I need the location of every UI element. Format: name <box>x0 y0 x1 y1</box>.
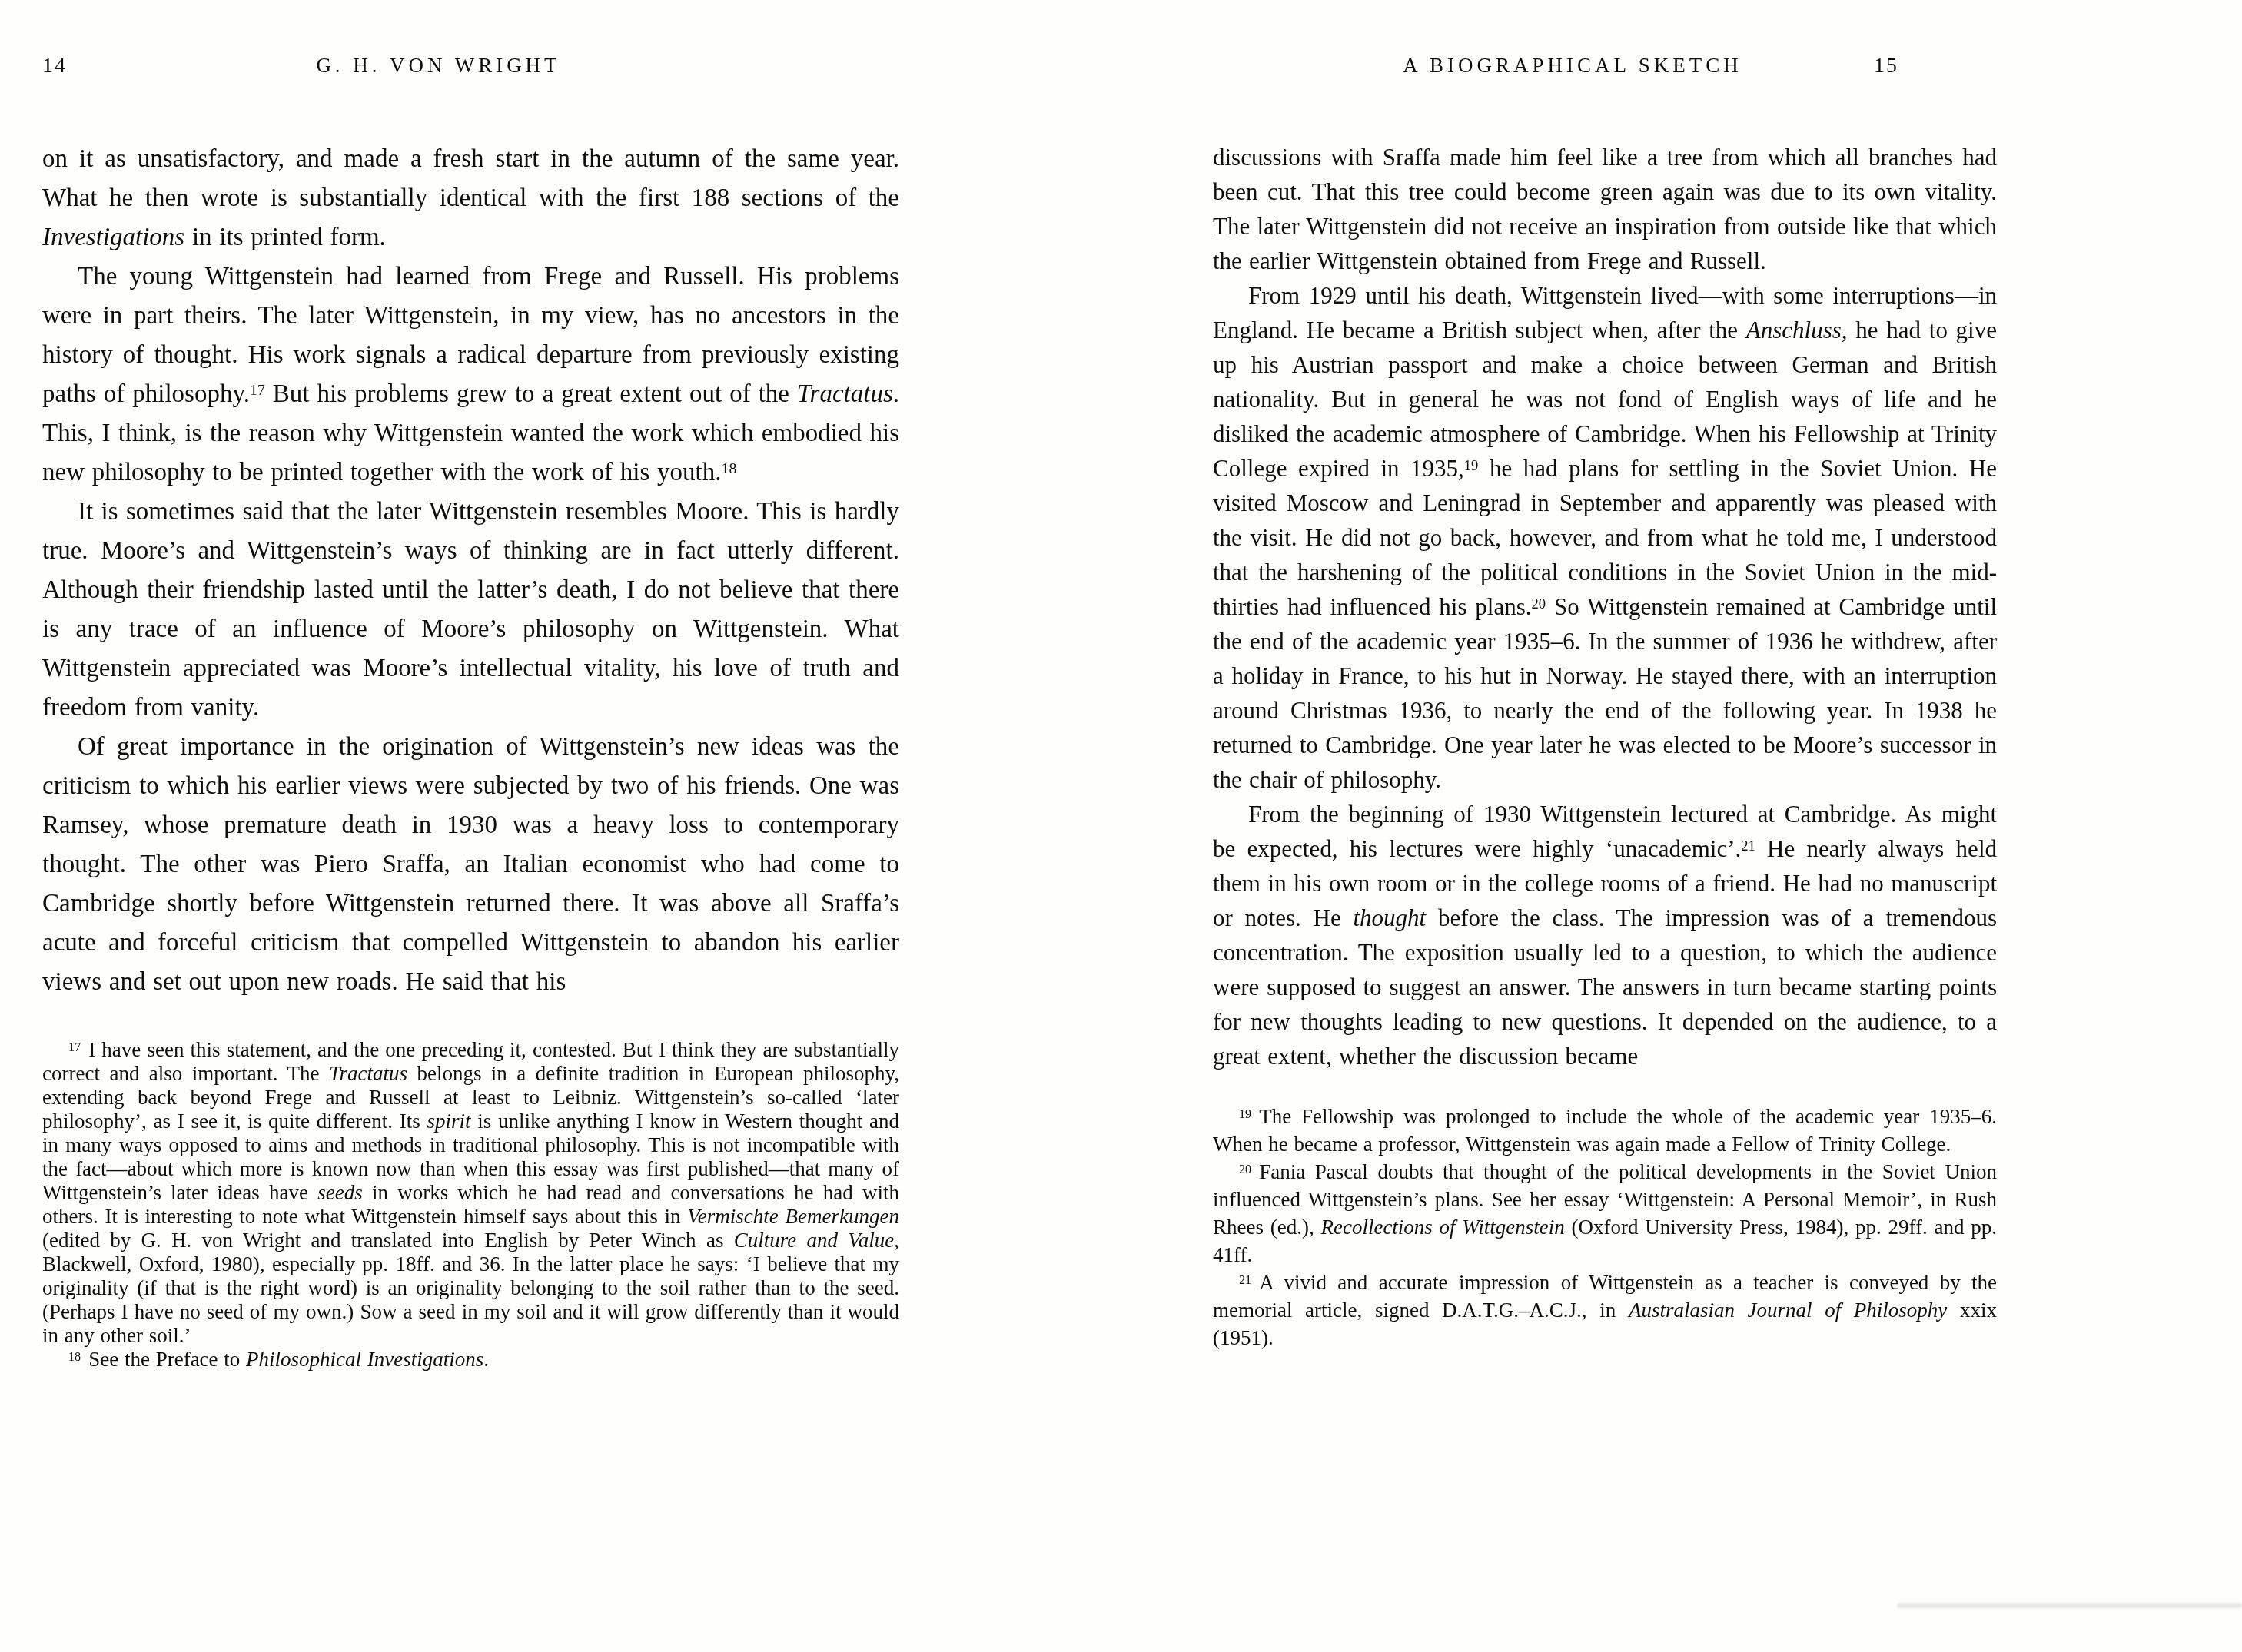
footnote: 21A vivid and accurate impression of Wit… <box>1213 1269 1997 1352</box>
text-run: So Wittgenstein remained at Cambridge un… <box>1213 593 1997 793</box>
paragraph: From 1929 until his death, Wittgenstein … <box>1213 278 1997 797</box>
paragraph: It is sometimes said that the later Witt… <box>42 493 899 728</box>
text-run: Of great importance in the origination o… <box>42 733 899 996</box>
paragraph: From the beginning of 1930 Wittgenstein … <box>1213 797 1997 1073</box>
footnote: 19The Fellowship was prolonged to includ… <box>1213 1103 1997 1158</box>
footnote-ref: 21 <box>1741 838 1755 854</box>
right-running-head: A BIOGRAPHICAL SKETCH <box>1181 54 1965 78</box>
scan-artifact-line <box>1897 1603 2242 1608</box>
right-page-header: A BIOGRAPHICAL SKETCH 15 <box>1213 54 1997 81</box>
footnote-ref: 20 <box>1532 596 1546 612</box>
footnote-number: 18 <box>68 1350 81 1364</box>
footnote-ref: 17 <box>250 382 265 399</box>
footnote: 18See the Preface to Philosophical Inves… <box>42 1348 899 1372</box>
text-run: . <box>483 1348 489 1371</box>
paragraph: The young Wittgenstein had learned from … <box>42 257 899 493</box>
right-page-body: discussions with Sraffa made him feel li… <box>1213 140 1997 1073</box>
left-page-body: on it as unsatisfactory, and made a fres… <box>42 140 899 1002</box>
left-page: 14 G. H. VON WRIGHT on it as unsatisfact… <box>42 54 899 1372</box>
right-page: A BIOGRAPHICAL SKETCH 15 discussions wit… <box>1213 54 1997 1352</box>
footnote-number: 21 <box>1239 1273 1251 1287</box>
text-run: See the Preface to <box>88 1348 246 1371</box>
left-running-head: G. H. VON WRIGHT <box>10 54 867 78</box>
italic-text: Culture and Value <box>734 1229 895 1252</box>
text-run: (edited by G. H. von Wright and translat… <box>42 1229 734 1252</box>
italic-text: thought <box>1353 904 1426 931</box>
left-page-header: 14 G. H. VON WRIGHT <box>42 54 899 81</box>
footnote-number: 20 <box>1239 1163 1251 1176</box>
left-page-footnotes: 17I have seen this statement, and the on… <box>42 1038 899 1372</box>
italic-text: Tractatus <box>797 380 893 408</box>
italic-text: seeds <box>317 1181 362 1204</box>
paragraph: discussions with Sraffa made him feel li… <box>1213 140 1997 278</box>
right-page-footnotes: 19The Fellowship was prolonged to includ… <box>1213 1103 1997 1352</box>
book-spread: 14 G. H. VON WRIGHT on it as unsatisfact… <box>0 0 2242 1652</box>
paragraph: on it as unsatisfactory, and made a fres… <box>42 140 899 257</box>
text-run: on it as unsatisfactory, and made a fres… <box>42 145 899 212</box>
footnote-ref: 19 <box>1464 458 1479 474</box>
text-run: in its printed form. <box>184 224 386 251</box>
italic-text: Investigations <box>42 224 184 251</box>
italic-text: spirit <box>427 1110 470 1133</box>
italic-text: Anschluss <box>1746 317 1842 343</box>
text-run: It is sometimes said that the later Witt… <box>42 498 899 722</box>
text-run: discussions with Sraffa made him feel li… <box>1213 144 1997 274</box>
text-run: But his problems grew to a great extent … <box>265 380 797 408</box>
italic-text: Philosophical Investigations <box>246 1348 483 1371</box>
italic-text: Tractatus <box>329 1062 407 1085</box>
footnote-number: 17 <box>68 1040 81 1054</box>
footnote: 17I have seen this statement, and the on… <box>42 1038 899 1348</box>
paragraph: Of great importance in the origination o… <box>42 728 899 1002</box>
footnote: 20Fania Pascal doubts that thought of th… <box>1213 1158 1997 1269</box>
text-run: The Fellowship was prolonged to include … <box>1213 1105 1997 1156</box>
footnote-ref: 18 <box>722 460 737 477</box>
italic-text: Vermischte Bemerkungen <box>687 1205 899 1228</box>
italic-text: Recollections of Wittgenstein <box>1320 1216 1564 1239</box>
italic-text: Australasian Journal of Philosophy <box>1629 1299 1947 1322</box>
footnote-number: 19 <box>1239 1107 1251 1121</box>
right-page-number: 15 <box>1874 54 1898 78</box>
